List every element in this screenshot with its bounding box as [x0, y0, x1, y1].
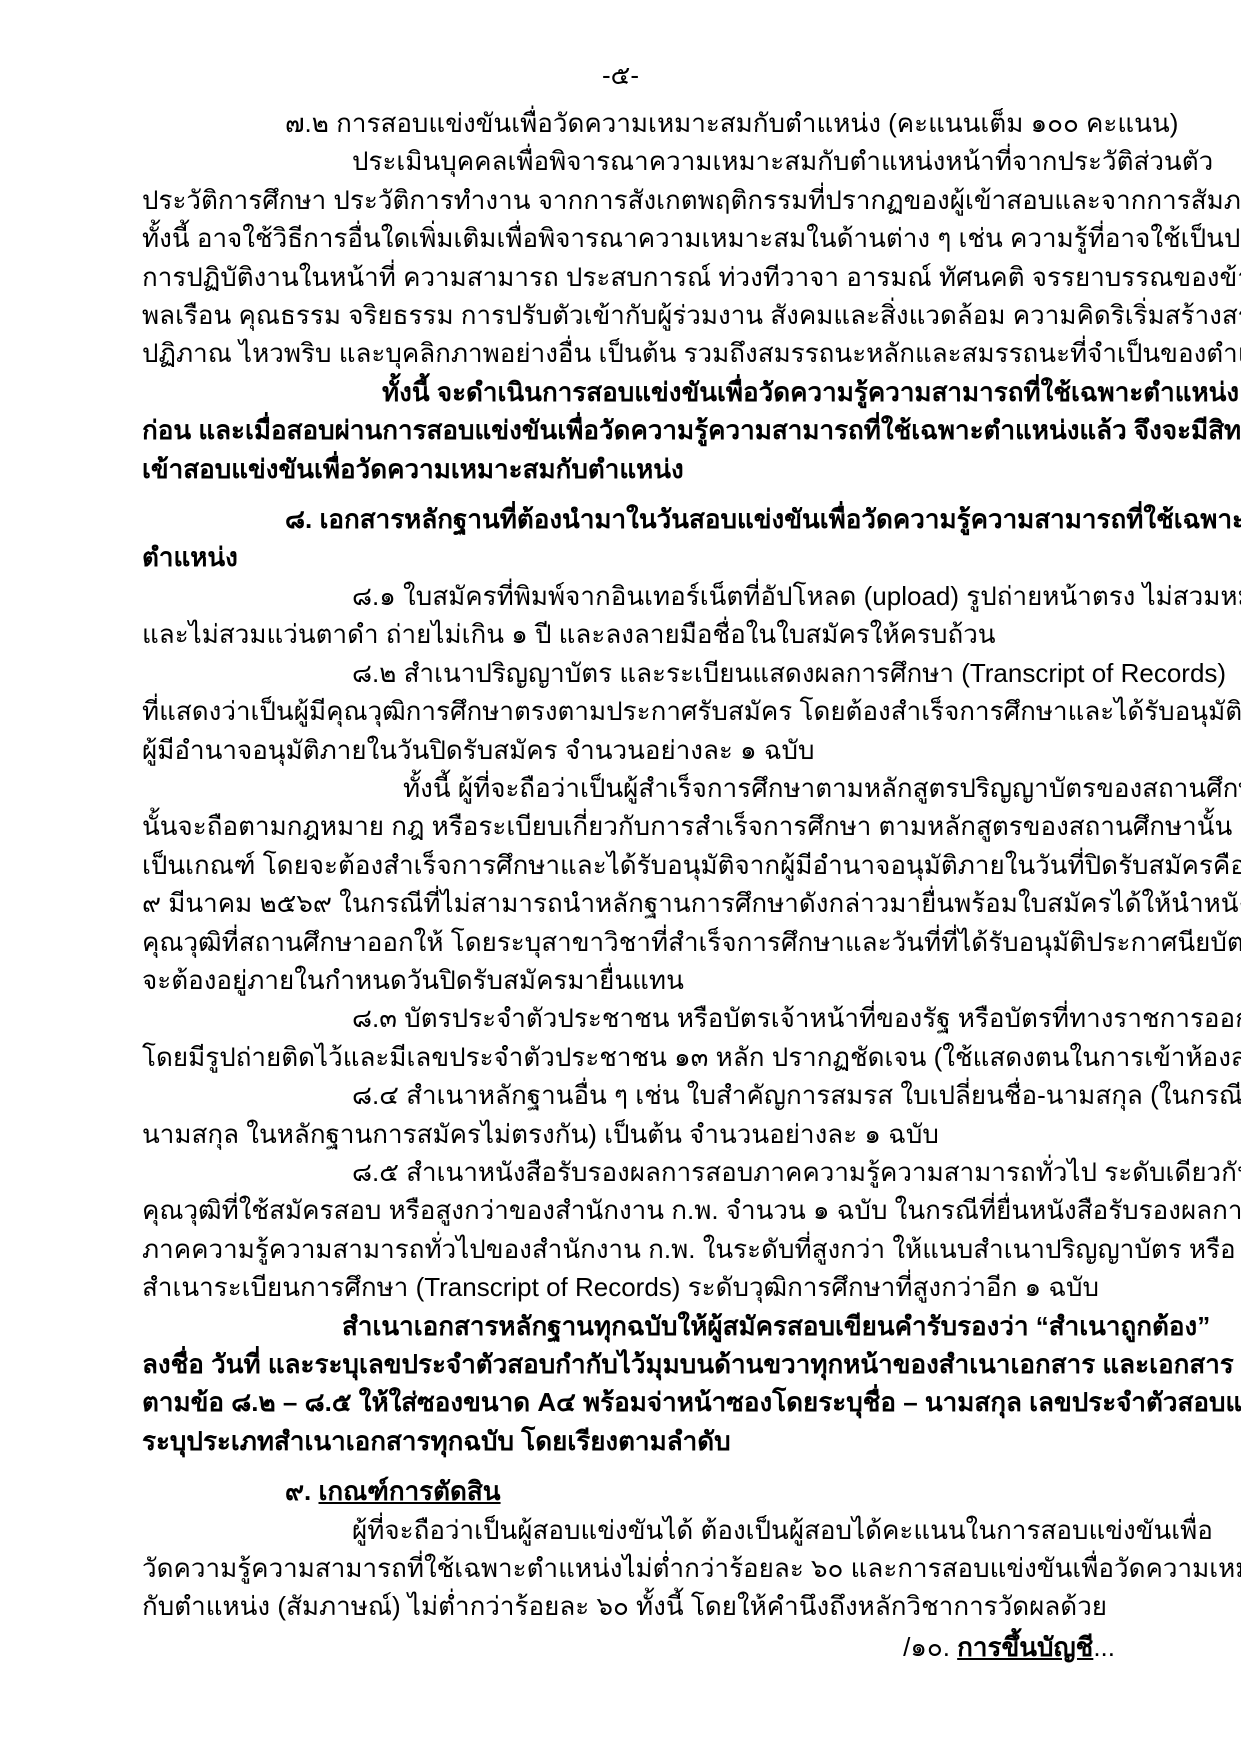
text-line: และไม่สวมแว่นตาดำ ถ่ายไม่เกิน ๑ ปี และลง…	[142, 615, 1142, 653]
text-line: ระบุประเภทสำเนาเอกสารทุกฉบับ โดยเรียงตาม…	[142, 1422, 1142, 1460]
text-line: ลงชื่อ วันที่ และระบุเลขประจำตัวสอบกำกับ…	[142, 1345, 1142, 1383]
text-segment: ตำแหน่ง	[142, 542, 238, 572]
text-line: ที่แสดงว่าเป็นผู้มีคุณวุฒิการศึกษาตรงตาม…	[142, 692, 1142, 730]
text-segment: ปฏิภาณ ไหวพริบ และบุคลิกภาพอย่างอื่น เป็…	[142, 338, 1241, 368]
text-segment: ทั้งนี้ อาจใช้วิธีการอื่นใดเพิ่มเติมเพื่…	[142, 223, 1241, 253]
text-line: เข้าสอบแข่งขันเพื่อวัดความเหมาะสมกับตำแห…	[142, 450, 1142, 488]
continuation-note: /๑๐. การขึ้นบัญชี...	[0, 1628, 1241, 1666]
page-number: -๕-	[0, 60, 1241, 90]
text-line: ภาคความรู้ความสามารถทั่วไปของสำนักงาน ก.…	[142, 1230, 1142, 1268]
text-segment: ลงชื่อ วันที่ และระบุเลขประจำตัวสอบกำกับ…	[142, 1349, 1234, 1379]
text-segment: สำเนาระเบียนการศึกษา (Transcript of Reco…	[142, 1272, 1099, 1302]
text-line: สำเนาเอกสารหลักฐานทุกฉบับให้ผู้สมัครสอบเ…	[342, 1307, 1142, 1345]
text-line: ๙ มีนาคม ๒๕๖๙ ในกรณีที่ไม่สามารถนำหลักฐา…	[142, 884, 1142, 922]
text-line: ทั้งนี้ ผู้ที่จะถือว่าเป็นผู้สำเร็จการศึ…	[403, 769, 1142, 807]
text-line: ตำแหน่ง	[142, 538, 1142, 576]
text-segment: ๘.๑ ใบสมัครที่พิมพ์จากอินเทอร์เน็ตที่อัป…	[352, 581, 1241, 611]
text-segment: คุณวุฒิที่ใช้สมัครสอบ หรือสูงกว่าของสำนั…	[142, 1195, 1241, 1225]
text-segment: ผู้มีอำนาจอนุมัติภายในวันปิดรับสมัคร จำน…	[142, 735, 815, 765]
text-segment: ผู้ที่จะถือว่าเป็นผู้สอบแข่งขันได้ ต้องเ…	[352, 1515, 1213, 1545]
text-line: ๘.๔ สำเนาหลักฐานอื่น ๆ เช่น ใบสำคัญการสม…	[352, 1076, 1142, 1114]
text-line: คุณวุฒิที่ใช้สมัครสอบ หรือสูงกว่าของสำนั…	[142, 1191, 1142, 1229]
text-segment: พลเรือน คุณธรรม จริยธรรม การปรับตัวเข้าก…	[142, 300, 1241, 330]
text-segment: คุณวุฒิที่สถานศึกษาออกให้ โดยระบุสาขาวิช…	[142, 927, 1241, 957]
text-segment: เกณฑ์การตัดสิน	[319, 1476, 501, 1506]
document-page: -๕- ๗.๒ การสอบแข่งขันเพื่อวัดความเหมาะสม…	[0, 0, 1241, 1754]
text-line: ๘.๕ สำเนาหนังสือรับรองผลการสอบภาคความรู้…	[352, 1153, 1142, 1191]
text-line: เป็นเกณฑ์ โดยจะต้องสำเร็จการศึกษาและได้ร…	[142, 846, 1142, 884]
continuation-ellipsis: ...	[1093, 1632, 1115, 1662]
text-line: ประวัติการศึกษา ประวัติการทำงาน จากการสั…	[142, 181, 1142, 219]
text-segment: ภาคความรู้ความสามารถทั่วไปของสำนักงาน ก.…	[142, 1234, 1236, 1264]
text-segment: ระบุประเภทสำเนาเอกสารทุกฉบับ โดยเรียงตาม…	[142, 1426, 731, 1456]
text-segment: วัดความรู้ความสามารถที่ใช้เฉพาะตำแหน่งไม…	[142, 1553, 1241, 1583]
text-segment: ก่อน และเมื่อสอบผ่านการสอบแข่งขันเพื่อวั…	[142, 415, 1241, 445]
text-line: ผู้มีอำนาจอนุมัติภายในวันปิดรับสมัคร จำน…	[142, 731, 1142, 769]
text-line: วัดความรู้ความสามารถที่ใช้เฉพาะตำแหน่งไม…	[142, 1549, 1142, 1587]
text-segment: สำเนาเอกสารหลักฐานทุกฉบับให้ผู้สมัครสอบเ…	[342, 1311, 1210, 1341]
text-segment: ประวัติการศึกษา ประวัติการทำงาน จากการสั…	[142, 185, 1241, 215]
text-line: ๘.๑ ใบสมัครที่พิมพ์จากอินเทอร์เน็ตที่อัป…	[352, 577, 1142, 615]
text-segment: ที่แสดงว่าเป็นผู้มีคุณวุฒิการศึกษาตรงตาม…	[142, 696, 1241, 726]
document-body: ๗.๒ การสอบแข่งขันเพื่อวัดความเหมาะสมกับต…	[142, 104, 1142, 1626]
text-segment: ประเมินบุคคลเพื่อพิจารณาความเหมาะสมกับตำ…	[352, 146, 1213, 176]
text-segment: ตามข้อ ๘.๒ – ๘.๕ ให้ใส่ซองขนาด A๔ พร้อมจ…	[142, 1387, 1241, 1417]
text-line: ทั้งนี้ อาจใช้วิธีการอื่นใดเพิ่มเติมเพื่…	[142, 219, 1142, 257]
text-segment: โดยมีรูปถ่ายติดไว้และมีเลขประจำตัวประชาช…	[142, 1042, 1241, 1072]
text-segment: และไม่สวมแว่นตาดำ ถ่ายไม่เกิน ๑ ปี และลง…	[142, 619, 996, 649]
text-segment: นามสกุล ในหลักฐานการสมัครไม่ตรงกัน) เป็น…	[142, 1119, 939, 1149]
text-line: จะต้องอยู่ภายในกำหนดวันปิดรับสมัครมายื่น…	[142, 961, 1142, 999]
text-segment: กับตำแหน่ง (สัมภาษณ์) ไม่ต่ำกว่าร้อยละ ๖…	[142, 1591, 1107, 1621]
text-line: คุณวุฒิที่สถานศึกษาออกให้ โดยระบุสาขาวิช…	[142, 923, 1142, 961]
continuation-title: การขึ้นบัญชี	[957, 1632, 1093, 1662]
text-line: ๘.๓ บัตรประจำตัวประชาชน หรือบัตรเจ้าหน้า…	[352, 999, 1142, 1037]
text-segment: ทั้งนี้ จะดำเนินการสอบแข่งขันเพื่อวัดควา…	[382, 377, 1239, 407]
text-segment: เข้าสอบแข่งขันเพื่อวัดความเหมาะสมกับตำแห…	[142, 454, 684, 484]
text-line: ๘. เอกสารหลักฐานที่ต้องนำมาในวันสอบแข่งข…	[285, 500, 1142, 538]
text-segment: ๘.๔ สำเนาหลักฐานอื่น ๆ เช่น ใบสำคัญการสม…	[352, 1080, 1241, 1110]
text-line: นั้นจะถือตามกฎหมาย กฎ หรือระเบียบเกี่ยวก…	[142, 807, 1142, 845]
text-line: นามสกุล ในหลักฐานการสมัครไม่ตรงกัน) เป็น…	[142, 1115, 1142, 1153]
text-line: พลเรือน คุณธรรม จริยธรรม การปรับตัวเข้าก…	[142, 296, 1142, 334]
text-segment: นั้นจะถือตามกฎหมาย กฎ หรือระเบียบเกี่ยวก…	[142, 811, 1241, 841]
text-line: ผู้ที่จะถือว่าเป็นผู้สอบแข่งขันได้ ต้องเ…	[352, 1511, 1142, 1549]
text-line: ๘.๒ สำเนาปริญญาบัตร และระเบียนแสดงผลการศ…	[352, 654, 1142, 692]
text-line: การปฏิบัติงานในหน้าที่ ความสามารถ ประสบก…	[142, 258, 1142, 296]
text-segment: ๗.๒ การสอบแข่งขันเพื่อวัดความเหมาะสมกับต…	[285, 108, 1178, 138]
continuation-prefix: /๑๐.	[903, 1632, 957, 1662]
text-line: ทั้งนี้ จะดำเนินการสอบแข่งขันเพื่อวัดควา…	[382, 373, 1142, 411]
text-line: ปฏิภาณ ไหวพริบ และบุคลิกภาพอย่างอื่น เป็…	[142, 334, 1142, 372]
text-line: ตามข้อ ๘.๒ – ๘.๕ ให้ใส่ซองขนาด A๔ พร้อมจ…	[142, 1383, 1142, 1421]
text-segment: ๘.๕ สำเนาหนังสือรับรองผลการสอบภาคความรู้…	[352, 1157, 1241, 1187]
text-line: สำเนาระเบียนการศึกษา (Transcript of Reco…	[142, 1268, 1142, 1306]
text-segment: จะต้องอยู่ภายในกำหนดวันปิดรับสมัครมายื่น…	[142, 965, 684, 995]
text-segment: ๘.๒ สำเนาปริญญาบัตร และระเบียนแสดงผลการศ…	[352, 658, 1226, 688]
text-line: ก่อน และเมื่อสอบผ่านการสอบแข่งขันเพื่อวั…	[142, 411, 1142, 449]
text-segment: ๙ มีนาคม ๒๕๖๙ ในกรณีที่ไม่สามารถนำหลักฐา…	[142, 888, 1241, 918]
text-line: โดยมีรูปถ่ายติดไว้และมีเลขประจำตัวประชาช…	[142, 1038, 1142, 1076]
text-segment: ๙.	[285, 1476, 319, 1506]
text-line: ๙. เกณฑ์การตัดสิน	[285, 1472, 1142, 1510]
text-line: กับตำแหน่ง (สัมภาษณ์) ไม่ต่ำกว่าร้อยละ ๖…	[142, 1587, 1142, 1625]
text-line: ๗.๒ การสอบแข่งขันเพื่อวัดความเหมาะสมกับต…	[285, 104, 1142, 142]
text-segment: ๘. เอกสารหลักฐานที่ต้องนำมาในวันสอบแข่งข…	[285, 504, 1241, 534]
text-segment: การปฏิบัติงานในหน้าที่ ความสามารถ ประสบก…	[142, 262, 1241, 292]
text-segment: เป็นเกณฑ์ โดยจะต้องสำเร็จการศึกษาและได้ร…	[142, 850, 1241, 880]
text-segment: ทั้งนี้ ผู้ที่จะถือว่าเป็นผู้สำเร็จการศึ…	[403, 773, 1241, 803]
text-line: ประเมินบุคคลเพื่อพิจารณาความเหมาะสมกับตำ…	[352, 142, 1142, 180]
text-segment: ๘.๓ บัตรประจำตัวประชาชน หรือบัตรเจ้าหน้า…	[352, 1003, 1241, 1033]
